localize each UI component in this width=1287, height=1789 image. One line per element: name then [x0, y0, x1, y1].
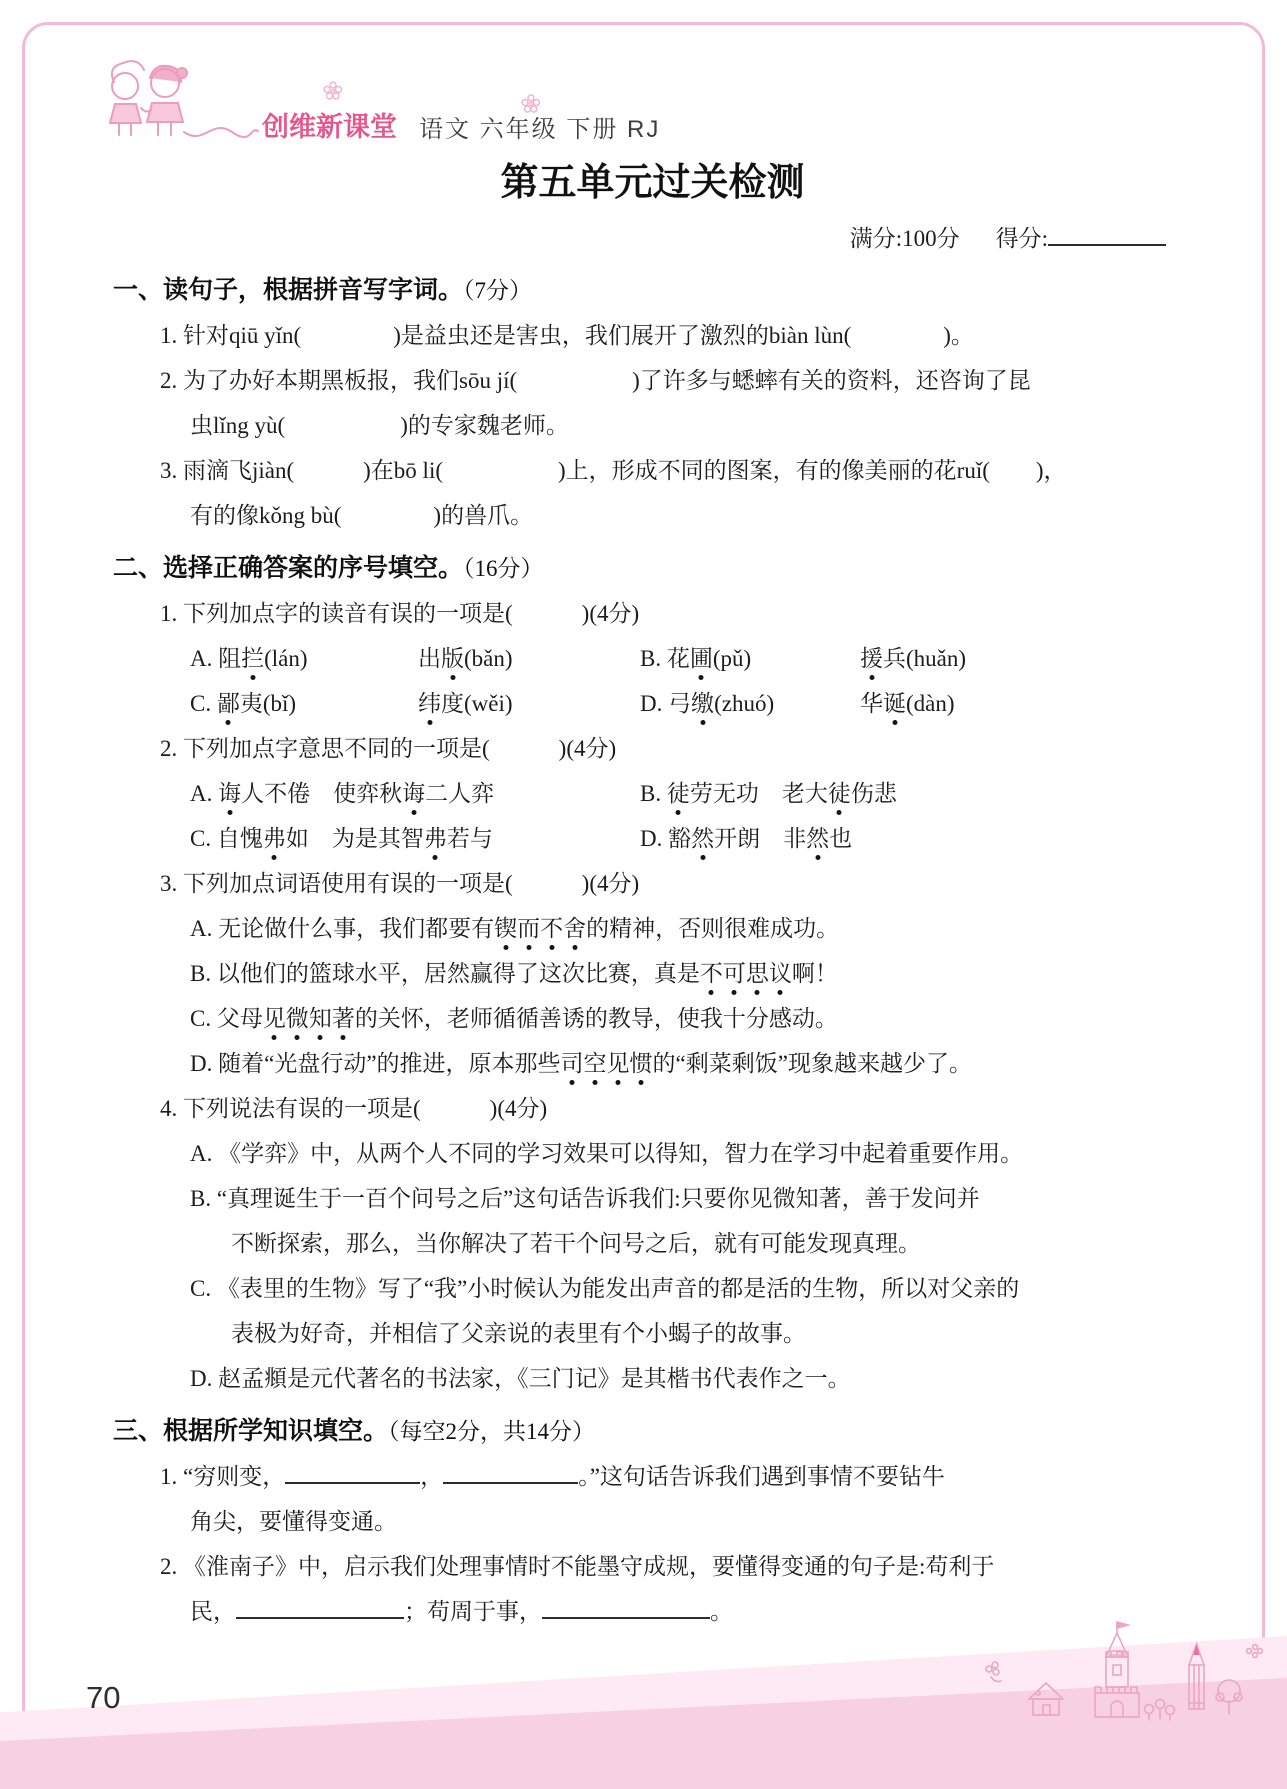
sakura-flower-icon — [322, 80, 344, 102]
s2-q1-options-row-2: C. 鄙夷(bǐ) 纬度(wěi) D. 弓缴(zhuó) 华诞(dàn) — [190, 681, 1192, 726]
castle-pencil-trees-doodle-icon — [977, 1617, 1267, 1731]
section-3-points: （每空2分，共14分） — [388, 1419, 595, 1444]
s2-q4-option-b-line-2: 不断探索，那么，当你解决了若干个问号之后，就有可能发现真理。 — [231, 1221, 1192, 1266]
option-cell: A. 阻拦(lán) — [190, 636, 418, 681]
pencil-icon — [1189, 1644, 1204, 1709]
exam-content: 第五单元过关检测 满分:100分 得分: 一、读句子，根据拼音写字词。（7分） … — [113, 152, 1192, 1634]
tiny-flower-icon — [1247, 1645, 1263, 1658]
s2-q2-stem: 2. 下列加点字意思不同的一项是( )(4分) — [160, 726, 1192, 771]
exam-title: 第五单元过关检测 — [113, 152, 1192, 214]
s2-q1-options-row-1: A. 阻拦(lán) 出版(bǎn) B. 花圃(pǔ) 援兵(huǎn) — [190, 636, 1192, 681]
earned-score: 得分: — [996, 218, 1166, 260]
header: 创维新课堂 语文 六年级 下册 RJ — [92, 56, 660, 148]
s2-q2-options-row-1: A. 诲人不倦 使弈秋诲二人弈 B. 徒劳无功 老大徒伤悲 — [190, 771, 1192, 816]
s2-q3-option-c: C. 父母见微知著的关怀，老师循循善诱的教导，使我十分感动。 — [190, 996, 1192, 1041]
s2-q4-stem: 4. 下列说法有误的一项是( )(4分) — [160, 1086, 1192, 1131]
page-number: 70 — [86, 1682, 120, 1713]
s1-item-3-line-1: 3. 雨滴飞jiàn( )在bō li( )上，形成不同的图案，有的像美丽的花r… — [160, 448, 1192, 493]
section-2-heading: 二、选择正确答案的序号填空。（16分） — [113, 546, 1192, 591]
earned-score-label: 得分: — [996, 218, 1048, 260]
s3-item-1-line-2: 角尖，要懂得变通。 — [190, 1499, 1192, 1544]
s2-q4-option-c-line-1: C. 《表里的生物》写了“我”小时候认为能发出声音的都是活的生物，所以对父亲的 — [190, 1266, 1192, 1311]
section-1-heading: 一、读句子，根据拼音写字词。（7分） — [113, 268, 1192, 313]
option-cell: 援兵(huǎn) — [860, 636, 1192, 681]
s2-q3-option-a: A. 无论做什么事，我们都要有锲而不舍的精神，否则很难成功。 — [190, 906, 1192, 951]
two-students-mascot-icon — [92, 56, 260, 148]
option-cell: A. 诲人不倦 使弈秋诲二人弈 — [190, 771, 640, 816]
s1-item-3-line-2: 有的像kǒng bù( )的兽爪。 — [190, 493, 1192, 538]
tree-icon — [1216, 1680, 1242, 1714]
s2-q4-option-a: A. 《学弈》中，从两个人不同的学习效果可以得知，智力在学习中起着重要作用。 — [190, 1131, 1192, 1176]
s2-q4-option-b-line-1: B. “真理诞生于一百个问号之后”这句话告诉我们:只要你见微知著，善于发问并 — [190, 1176, 1192, 1221]
s2-q2-options-row-2: C. 自愧弗如 为是其智弗若与 D. 豁然开朗 非然也 — [190, 816, 1192, 861]
option-cell: 出版(bǎn) — [418, 636, 640, 681]
option-cell: C. 自愧弗如 为是其智弗若与 — [190, 816, 640, 861]
s1-item-2-line-1: 2. 为了办好本期黑板报，我们sōu jí( )了许多与蟋蟀有关的资料，还咨询了… — [160, 358, 1192, 403]
s3-item-1-line-1: 1. “穷则变，，。”这句话告诉我们遇到事情不要钻牛 — [160, 1454, 1192, 1499]
s2-q3-option-d: D. 随着“光盘行动”的推进，原本那些司空见惯的“剩菜剩饭”现象越来越少了。 — [190, 1041, 1192, 1086]
house-icon — [1029, 1683, 1063, 1715]
earned-score-blank — [1048, 221, 1166, 246]
option-cell: D. 豁然开朗 非然也 — [640, 816, 1192, 861]
option-cell: B. 徒劳无功 老大徒伤悲 — [640, 771, 1192, 816]
section-2-points: （16分） — [463, 556, 544, 581]
castle-icon — [1095, 1622, 1139, 1717]
s2-q4-option-c-line-2: 表极为好奇，并相信了父亲说的表里有个小蝎子的故事。 — [231, 1311, 1192, 1356]
s1-item-1: 1. 针对qiū yǐn( )是益虫还是害虫，我们展开了激烈的biàn lùn(… — [160, 313, 1192, 358]
full-score-label: 满分:100分 — [850, 218, 960, 260]
s3-item-2-line-1: 2. 《淮南子》中，启示我们处理事情时不能墨守成规，要懂得变通的句子是:苟利于 — [160, 1544, 1192, 1589]
option-cell: 华诞(dàn) — [860, 681, 1192, 726]
sakura-flower-icon — [520, 93, 542, 115]
s2-q4-option-d: D. 赵孟頫是元代著名的书法家，《三门记》是其楷书代表作之一。 — [190, 1356, 1192, 1401]
brand-title: 创维新课堂 — [262, 105, 397, 144]
option-cell: D. 弓缴(zhuó) — [640, 681, 860, 726]
s2-q3-option-b: B. 以他们的篮球水平，居然赢得了这次比赛，真是不可思议啊！ — [190, 951, 1192, 996]
s2-q1-stem: 1. 下列加点字的读音有误的一项是( )(4分) — [160, 591, 1192, 636]
score-bar: 满分:100分 得分: — [113, 218, 1192, 260]
section-1-points: （7分） — [463, 278, 532, 303]
section-3-heading: 三、根据所学知识填空。（每空2分，共14分） — [113, 1409, 1192, 1454]
s2-q3-stem: 3. 下列加点词语使用有误的一项是( )(4分) — [160, 861, 1192, 906]
option-cell: B. 花圃(pǔ) — [640, 636, 860, 681]
flowers-cluster-icon — [1145, 1700, 1175, 1721]
exam-paper-page: 创维新课堂 语文 六年级 下册 RJ 第五单元过关检测 满分:100分 得分: … — [0, 0, 1287, 1789]
option-cell: 纬度(wěi) — [418, 681, 640, 726]
s1-item-2-line-2: 虫lǐng yù( )的专家魏老师。 — [190, 403, 1192, 448]
option-cell: C. 鄙夷(bǐ) — [190, 681, 418, 726]
blossom-icon — [986, 1662, 1001, 1682]
